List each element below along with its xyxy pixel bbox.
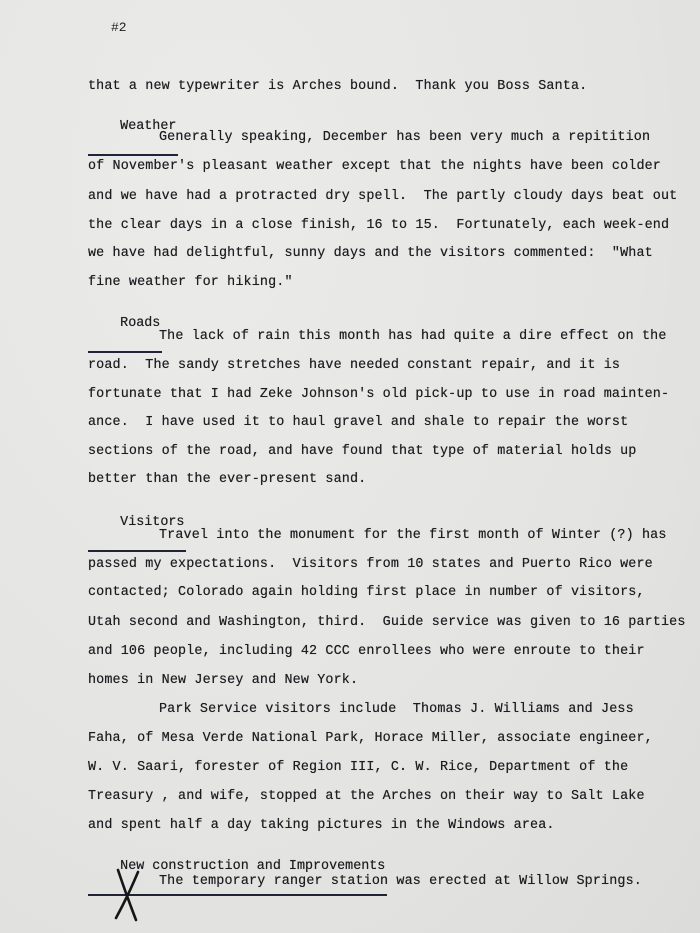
paragraph-line: passed my expectations. Visitors from 10… [88,557,653,573]
heading-text: Roads [120,316,160,331]
paragraph-line: road. The sandy stretches have needed co… [88,358,620,374]
continuation-line: that a new typewriter is Arches bound. T… [88,79,587,95]
paragraph-line: we have had delightful, sunny days and t… [88,246,653,262]
paragraph-line: of November's pleasant weather except th… [88,159,661,175]
paragraph-line: sections of the road, and have found tha… [88,444,636,460]
paragraph-line: and spent half a day taking pictures in … [88,818,555,834]
paragraph-line: and 106 people, including 42 CCC enrolle… [88,644,645,660]
paragraph-line: Generally speaking, December has been ve… [159,130,650,146]
heading-underline [88,550,186,552]
paragraph-line: better than the ever-present sand. [88,472,366,488]
paragraph-line: fine weather for hiking." [88,275,293,291]
paragraph-line: fortunate that I had Zeke Johnson's old … [88,387,669,403]
section-heading-roads: Roads [88,300,160,348]
paragraph-line: ance. I have used it to haul gravel and … [88,415,628,431]
paragraph-line: Treasury , and wife, stopped at the Arch… [88,789,645,805]
heading-underline [88,154,178,156]
paragraph-line: Travel into the monument for the first m… [159,528,667,544]
paragraph-line: Utah second and Washington, third. Guide… [88,615,686,631]
typewritten-page: #2 that a new typewriter is Arches bound… [0,0,700,933]
paragraph-line: and we have had a protracted dry spell. … [88,189,677,205]
paragraph-line: Park Service visitors include Thomas J. … [159,702,634,718]
paragraph-line: the clear days in a close finish, 16 to … [88,218,669,234]
paragraph-line: Faha, of Mesa Verde National Park, Horac… [88,731,653,747]
heading-underline [88,351,162,353]
handwritten-x-mark-icon [112,866,142,922]
paragraph-line: W. V. Saari, forester of Region III, C. … [88,760,628,776]
heading-text: New construction and Improvements [120,859,385,874]
paragraph-line: homes in New Jersey and New York. [88,673,358,689]
paragraph-line: contacted; Colorado again holding first … [88,585,645,601]
page-number: #2 [111,20,127,35]
paragraph-line: The temporary ranger station was erected… [159,874,642,890]
paragraph-line: The lack of rain this month has had quit… [159,329,667,345]
